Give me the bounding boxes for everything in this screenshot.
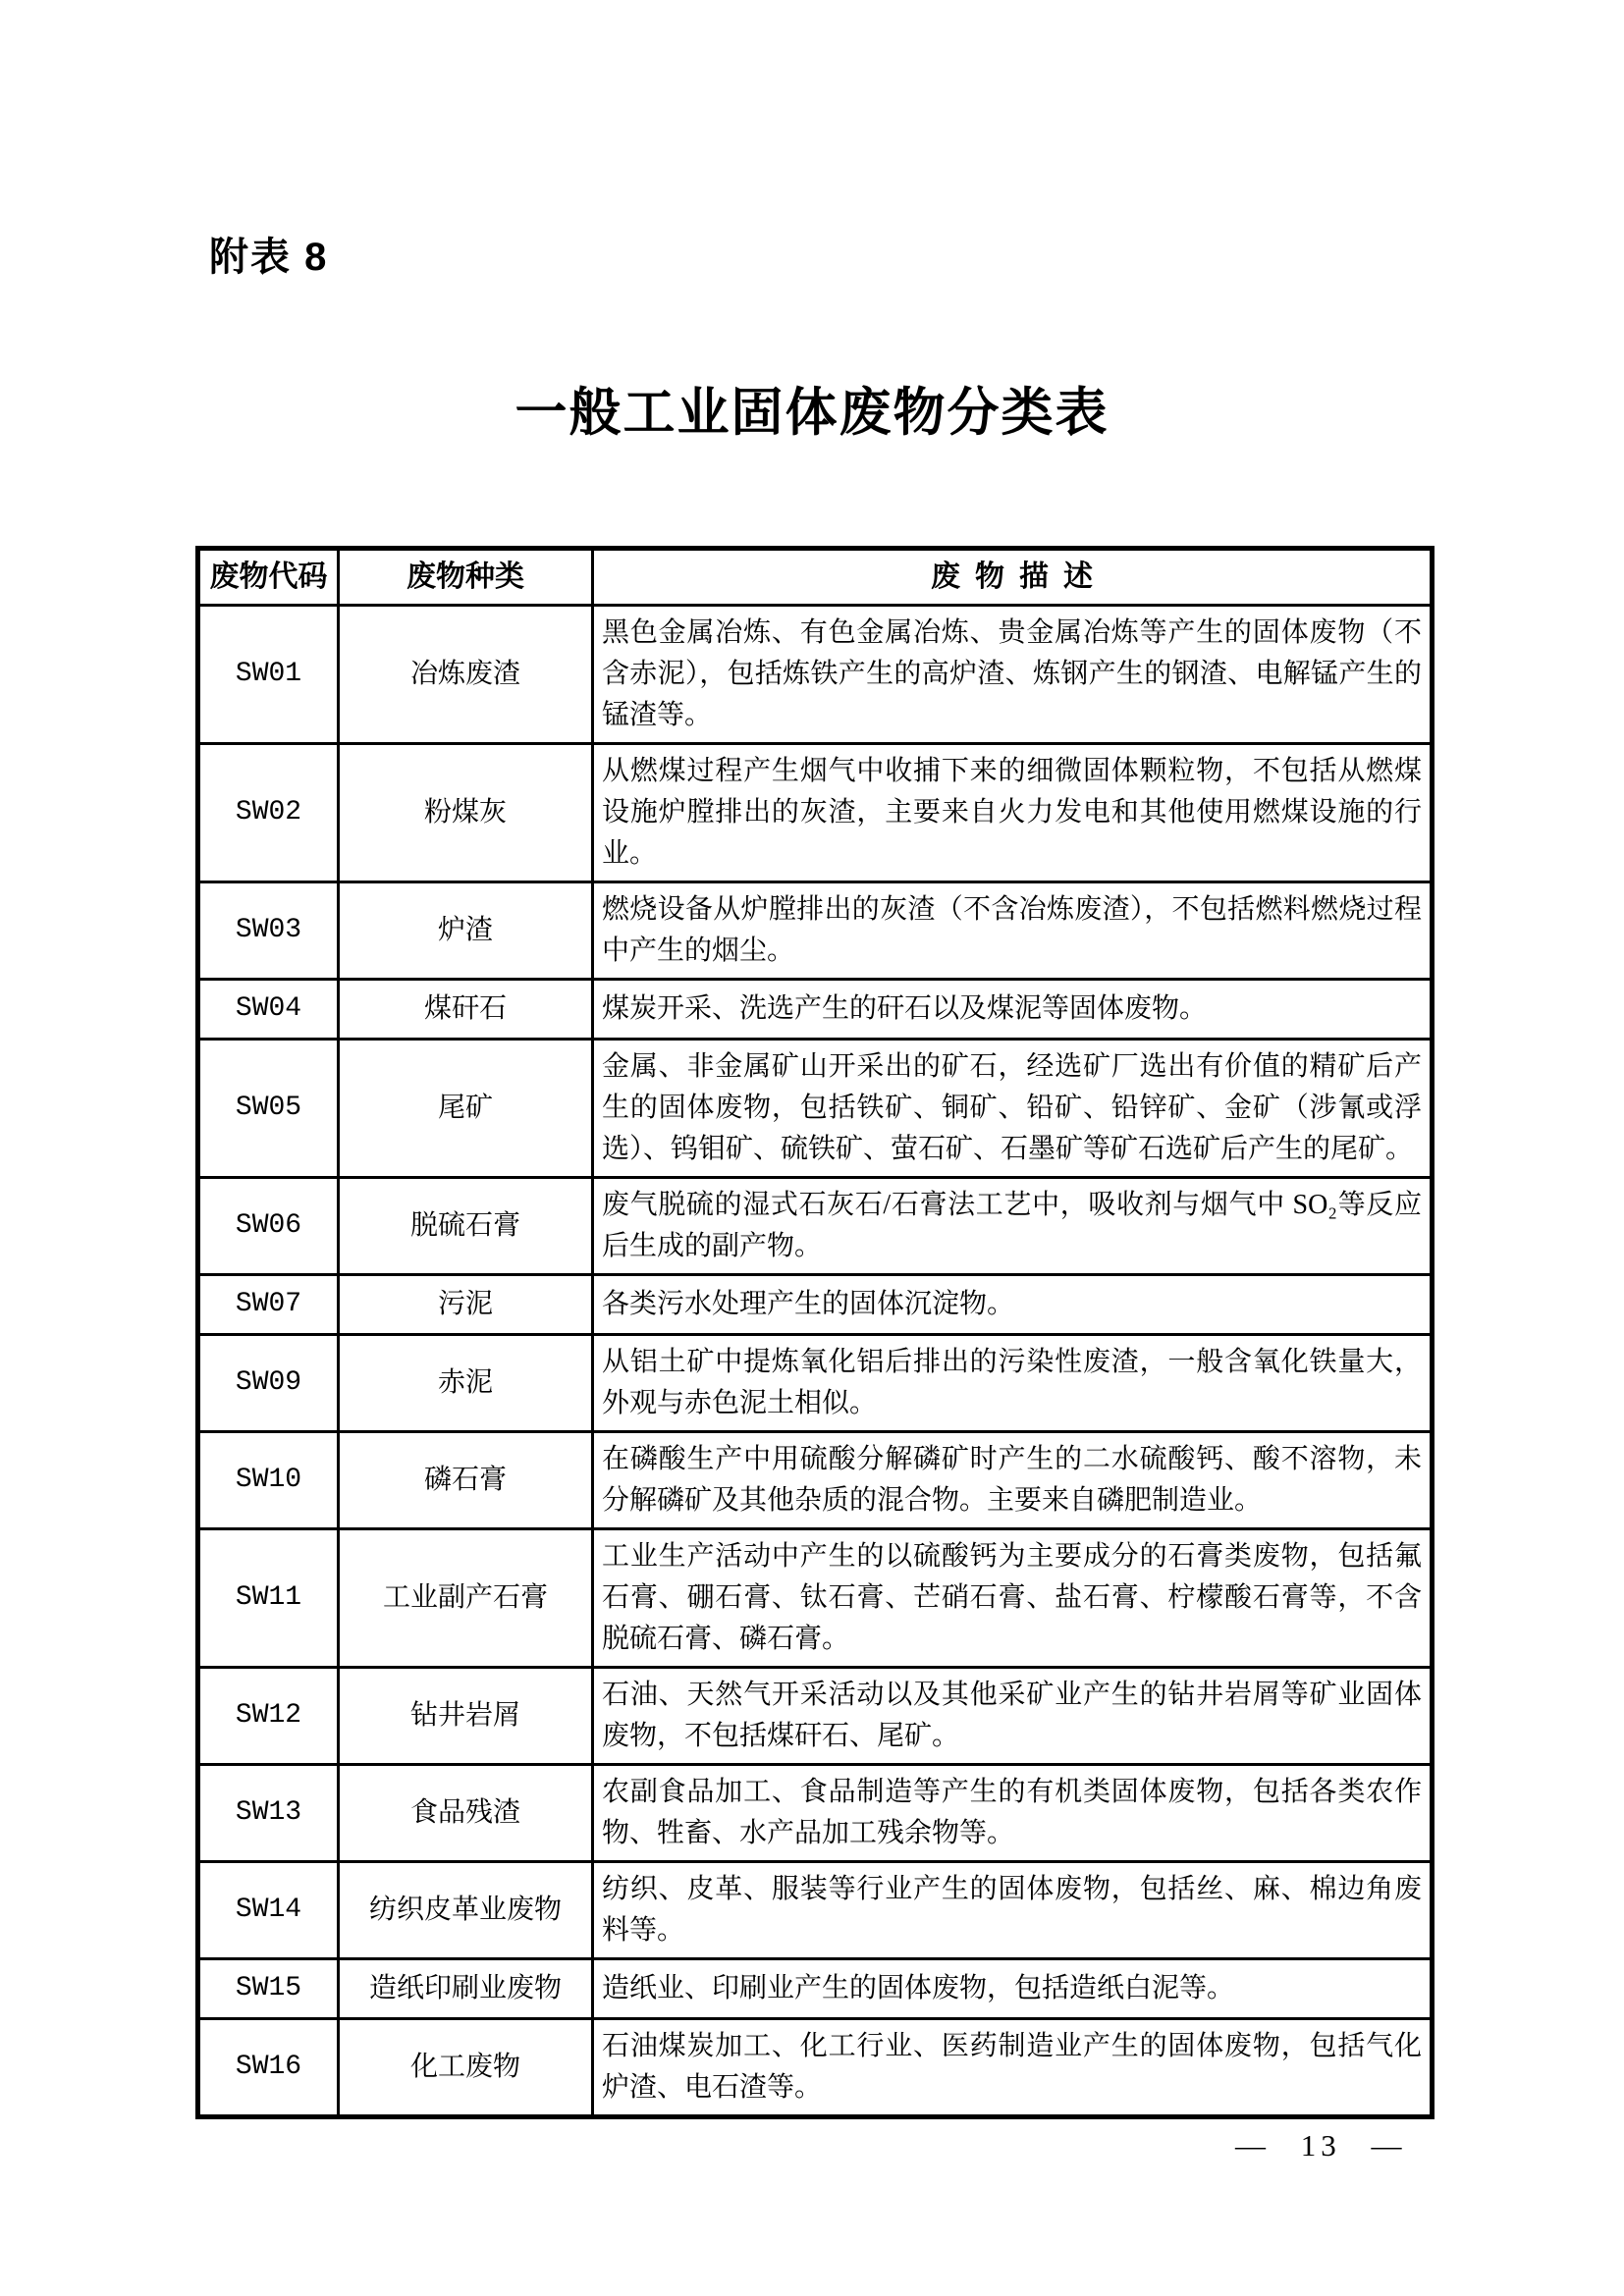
waste-description-cell: 造纸业、印刷业产生的固体废物，包括造纸白泥等。 (593, 1959, 1433, 2019)
waste-category-cell: 尾矿 (339, 1040, 593, 1178)
waste-code-cell: SW09 (198, 1335, 339, 1432)
waste-category-cell: 钻井岩屑 (339, 1668, 593, 1765)
waste-description-cell: 农副食品加工、食品制造等产生的有机类固体废物，包括各类农作物、牲畜、水产品加工残… (593, 1765, 1433, 1862)
table-row: SW07 污泥 各类污水处理产生的固体沉淀物。 (198, 1275, 1433, 1335)
waste-category-cell: 工业副产石膏 (339, 1529, 593, 1668)
waste-code-cell: SW12 (198, 1668, 339, 1765)
waste-description-cell: 煤炭开采、洗选产生的矸石以及煤泥等固体废物。 (593, 980, 1433, 1040)
table-row: SW09 赤泥 从铝土矿中提炼氧化铝后排出的污染性废渣，一般含氧化铁量大，外观与… (198, 1335, 1433, 1432)
waste-description-cell: 金属、非金属矿山开采出的矿石，经选矿厂选出有价值的精矿后产生的固体废物，包括铁矿… (593, 1040, 1433, 1178)
table-row: SW06 脱硫石膏 废气脱硫的湿式石灰石/石膏法工艺中，吸收剂与烟气中 SO₂等… (198, 1178, 1433, 1275)
waste-category-cell: 脱硫石膏 (339, 1178, 593, 1275)
table-row: SW15 造纸印刷业废物 造纸业、印刷业产生的固体废物，包括造纸白泥等。 (198, 1959, 1433, 2019)
waste-code-cell: SW10 (198, 1432, 339, 1529)
waste-code-cell: SW11 (198, 1529, 339, 1668)
table-row: SW11 工业副产石膏 工业生产活动中产生的以硫酸钙为主要成分的石膏类废物，包括… (198, 1529, 1433, 1668)
waste-code-cell: SW13 (198, 1765, 339, 1862)
waste-code-cell: SW15 (198, 1959, 339, 2019)
table-row: SW12 钻井岩屑 石油、天然气开采活动以及其他采矿业产生的钻井岩屑等矿业固体废… (198, 1668, 1433, 1765)
waste-description-cell: 废气脱硫的湿式石灰石/石膏法工艺中，吸收剂与烟气中 SO₂等反应后生成的副产物。 (593, 1178, 1433, 1275)
table-row: SW03 炉渣 燃烧设备从炉膛排出的灰渣（不含冶炼废渣），不包括燃料燃烧过程中产… (198, 882, 1433, 980)
table-row: SW10 磷石膏 在磷酸生产中用硫酸分解磷矿时产生的二水硫酸钙、酸不溶物，未分解… (198, 1432, 1433, 1529)
waste-description-cell: 石油、天然气开采活动以及其他采矿业产生的钻井岩屑等矿业固体废物，不包括煤矸石、尾… (593, 1668, 1433, 1765)
table-row: SW01 冶炼废渣 黑色金属冶炼、有色金属冶炼、贵金属冶炼等产生的固体废物（不含… (198, 606, 1433, 744)
waste-category-cell: 炉渣 (339, 882, 593, 980)
waste-category-cell: 赤泥 (339, 1335, 593, 1432)
waste-code-cell: SW07 (198, 1275, 339, 1335)
waste-description-cell: 从铝土矿中提炼氧化铝后排出的污染性废渣，一般含氧化铁量大，外观与赤色泥土相似。 (593, 1335, 1433, 1432)
waste-description-cell: 纺织、皮革、服装等行业产生的固体废物，包括丝、麻、棉边角废料等。 (593, 1862, 1433, 1959)
waste-category-cell: 纺织皮革业废物 (339, 1862, 593, 1959)
waste-code-cell: SW06 (198, 1178, 339, 1275)
waste-classification-table: 废物代码 废物种类 废 物 描 述 SW01 冶炼废渣 黑色金属冶炼、有色金属冶… (195, 546, 1435, 2119)
waste-category-cell: 粉煤灰 (339, 744, 593, 882)
table-row: SW02 粉煤灰 从燃煤过程产生烟气中收捕下来的细微固体颗粒物，不包括从燃煤设施… (198, 744, 1433, 882)
page-title: 一般工业固体废物分类表 (0, 383, 1624, 444)
table-row: SW05 尾矿 金属、非金属矿山开采出的矿石，经选矿厂选出有价值的精矿后产生的固… (198, 1040, 1433, 1178)
waste-code-cell: SW01 (198, 606, 339, 744)
waste-code-cell: SW05 (198, 1040, 339, 1178)
waste-category-cell: 污泥 (339, 1275, 593, 1335)
header-row: 废物代码 废物种类 废 物 描 述 (198, 549, 1433, 606)
table-row: SW16 化工废物 石油煤炭加工、化工行业、医药制造业产生的固体废物，包括气化炉… (198, 2019, 1433, 2117)
waste-description-cell: 各类污水处理产生的固体沉淀物。 (593, 1275, 1433, 1335)
waste-category-cell: 冶炼废渣 (339, 606, 593, 744)
table-row: SW14 纺织皮革业废物 纺织、皮革、服装等行业产生的固体废物，包括丝、麻、棉边… (198, 1862, 1433, 1959)
waste-code-cell: SW14 (198, 1862, 339, 1959)
waste-description-cell: 黑色金属冶炼、有色金属冶炼、贵金属冶炼等产生的固体废物（不含赤泥），包括炼铁产生… (593, 606, 1433, 744)
waste-description-cell: 从燃煤过程产生烟气中收捕下来的细微固体颗粒物，不包括从燃煤设施炉膛排出的灰渣，主… (593, 744, 1433, 882)
waste-code-cell: SW16 (198, 2019, 339, 2117)
table-row: SW13 食品残渣 农副食品加工、食品制造等产生的有机类固体废物，包括各类农作物… (198, 1765, 1433, 1862)
waste-description-cell: 燃烧设备从炉膛排出的灰渣（不含冶炼废渣），不包括燃料燃烧过程中产生的烟尘。 (593, 882, 1433, 980)
waste-category-cell: 煤矸石 (339, 980, 593, 1040)
col-header-waste-code: 废物代码 (198, 549, 339, 606)
annex-label: 附表 8 (209, 234, 328, 281)
table-header: 废物代码 废物种类 废 物 描 述 (198, 549, 1433, 606)
waste-description-cell: 工业生产活动中产生的以硫酸钙为主要成分的石膏类废物，包括氟石膏、硼石膏、钛石膏、… (593, 1529, 1433, 1668)
waste-category-cell: 造纸印刷业废物 (339, 1959, 593, 2019)
table-row: SW04 煤矸石 煤炭开采、洗选产生的矸石以及煤泥等固体废物。 (198, 980, 1433, 1040)
waste-code-cell: SW04 (198, 980, 339, 1040)
waste-category-cell: 化工废物 (339, 2019, 593, 2117)
waste-category-cell: 食品残渣 (339, 1765, 593, 1862)
document-page: 附表 8 一般工业固体废物分类表 废物代码 废物种类 废 物 描 述 SW01 … (0, 0, 1624, 2296)
col-header-waste-description: 废 物 描 述 (593, 549, 1433, 606)
col-header-waste-category: 废物种类 (339, 549, 593, 606)
waste-category-cell: 磷石膏 (339, 1432, 593, 1529)
waste-code-cell: SW03 (198, 882, 339, 980)
waste-code-cell: SW02 (198, 744, 339, 882)
waste-description-cell: 在磷酸生产中用硫酸分解磷矿时产生的二水硫酸钙、酸不溶物，未分解磷矿及其他杂质的混… (593, 1432, 1433, 1529)
table-body: SW01 冶炼废渣 黑色金属冶炼、有色金属冶炼、贵金属冶炼等产生的固体废物（不含… (198, 606, 1433, 2117)
page-number: — 13 — (1235, 2128, 1407, 2163)
waste-description-cell: 石油煤炭加工、化工行业、医药制造业产生的固体废物，包括气化炉渣、电石渣等。 (593, 2019, 1433, 2117)
